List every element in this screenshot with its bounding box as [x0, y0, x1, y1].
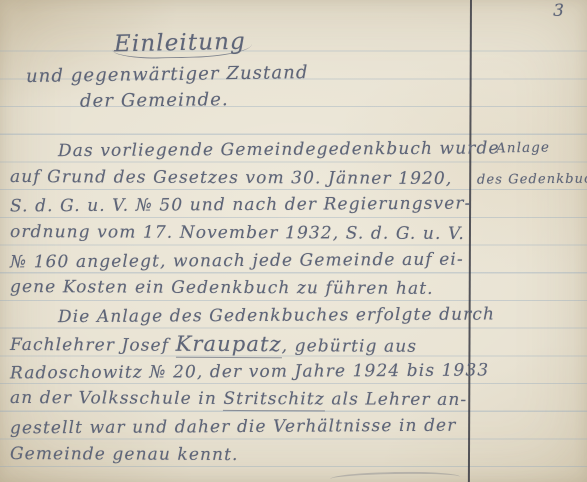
manuscript-line: gene Kosten ein Gedenkbuch zu führen hat…	[10, 274, 466, 304]
text-segment: , gebürtig aus	[282, 336, 418, 357]
emphasized-word: Stritschitz	[223, 389, 325, 411]
heading-subtitle-line1: und gegenwärtiger Zustand	[26, 62, 309, 87]
heading-subtitle-line2: der Gemeinde.	[80, 89, 229, 112]
page-number: 3	[553, 1, 565, 21]
manuscript-line: gestellt war und daher die Verhältnisse …	[10, 412, 466, 442]
text-segment: № 160 angelegt, wonach jede Gemeinde auf…	[10, 249, 464, 272]
margin-rule-line	[468, 0, 472, 482]
manuscript-line: auf Grund des Gesetzes vom 30. Jänner 19…	[10, 164, 466, 194]
manuscript-line: Fachlehrer Josef Kraupatz, gebürtig aus	[10, 330, 466, 360]
text-segment: S. d. G. u. V. № 50 und nach der Regieru…	[10, 194, 472, 217]
text-segment: Gemeinde genau kennt.	[10, 444, 239, 465]
manuscript-line: ordnung vom 17. November 1932, S. d. G. …	[10, 219, 466, 249]
cut-off-line-fragment	[330, 471, 460, 482]
text-segment: an der Volksschule in	[10, 388, 224, 409]
manuscript-line: Gemeinde genau kennt.	[10, 441, 466, 471]
text-segment: Fachlehrer Josef	[10, 335, 176, 356]
manuscript-line: Das vorliegende Gemeindegedenkbuch wurde	[10, 136, 466, 166]
manuscript-line: Radoschowitz № 20, der vom Jahre 1924 bi…	[10, 357, 466, 387]
manuscript-page: 3 Einleitung und gegenwärtiger Zustand d…	[0, 0, 587, 482]
text-segment: gestellt war und daher die Verhältnisse …	[10, 416, 457, 439]
manuscript-line: Die Anlage des Gedenkbuches erfolgte dur…	[10, 302, 466, 332]
text-segment: ordnung vom 17. November 1932, S. d. G. …	[10, 222, 465, 244]
manuscript-line: № 160 angelegt, wonach jede Gemeinde auf…	[10, 246, 466, 276]
text-segment: Das vorliegende Gemeindegedenkbuch wurde	[58, 138, 500, 161]
text-segment: Radoschowitz № 20, der vom Jahre 1924 bi…	[10, 360, 489, 383]
manuscript-line: S. d. G. u. V. № 50 und nach der Regieru…	[10, 191, 466, 221]
text-segment: als Lehrer an-	[325, 390, 468, 411]
margin-note-line1: Anlage	[496, 140, 550, 157]
text-segment: auf Grund des Gesetzes vom 30. Jänner 19…	[10, 167, 452, 189]
heading-title: Einleitung	[112, 29, 252, 60]
body-lines: Das vorliegende Gemeindegedenkbuch wurde…	[10, 137, 466, 469]
text-segment: Die Anlage des Gedenkbuches erfolgte dur…	[58, 305, 495, 328]
margin-note-line2: des Gedenkbuchs.	[477, 171, 587, 187]
text-segment: gene Kosten ein Gedenkbuch zu führen hat…	[10, 277, 434, 299]
emphasized-word: Kraupatz	[176, 332, 282, 358]
manuscript-line: an der Volksschule in Stritschitz als Le…	[10, 385, 466, 415]
